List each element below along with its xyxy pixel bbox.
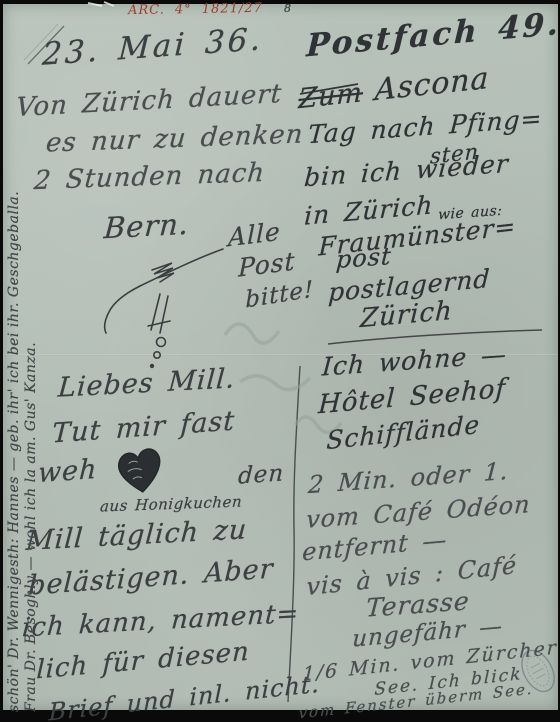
post-note-line: Alle [228, 219, 281, 251]
post-note-line: Post [238, 248, 296, 280]
letter-scan: ARC. 4° 1821/27 8 23. Mai 36. Von Zürich… [0, 0, 560, 722]
margin-line: schön' Dr. Wennigesth: Hannes — geb. ihr… [6, 207, 23, 712]
hw-line: Zürich [359, 298, 453, 332]
hw-line: post [335, 244, 392, 272]
margin-line: Frau Dr. Besoghly — wohl ich la am. Gus'… [23, 207, 40, 712]
hw-line: weh [37, 456, 98, 487]
archive-mark: ARC. 4° 1821/27 [128, 2, 263, 17]
hw-line: Bern. [103, 210, 190, 244]
margin-annotation: schön' Dr. Wennigesth: Hannes — geb. ihr… [6, 207, 40, 712]
hw-line: den [237, 462, 284, 488]
page-number: 8 [284, 3, 292, 14]
hw-line: Terasse [365, 588, 470, 620]
hw-line: 2 Stunden nach [33, 160, 266, 194]
